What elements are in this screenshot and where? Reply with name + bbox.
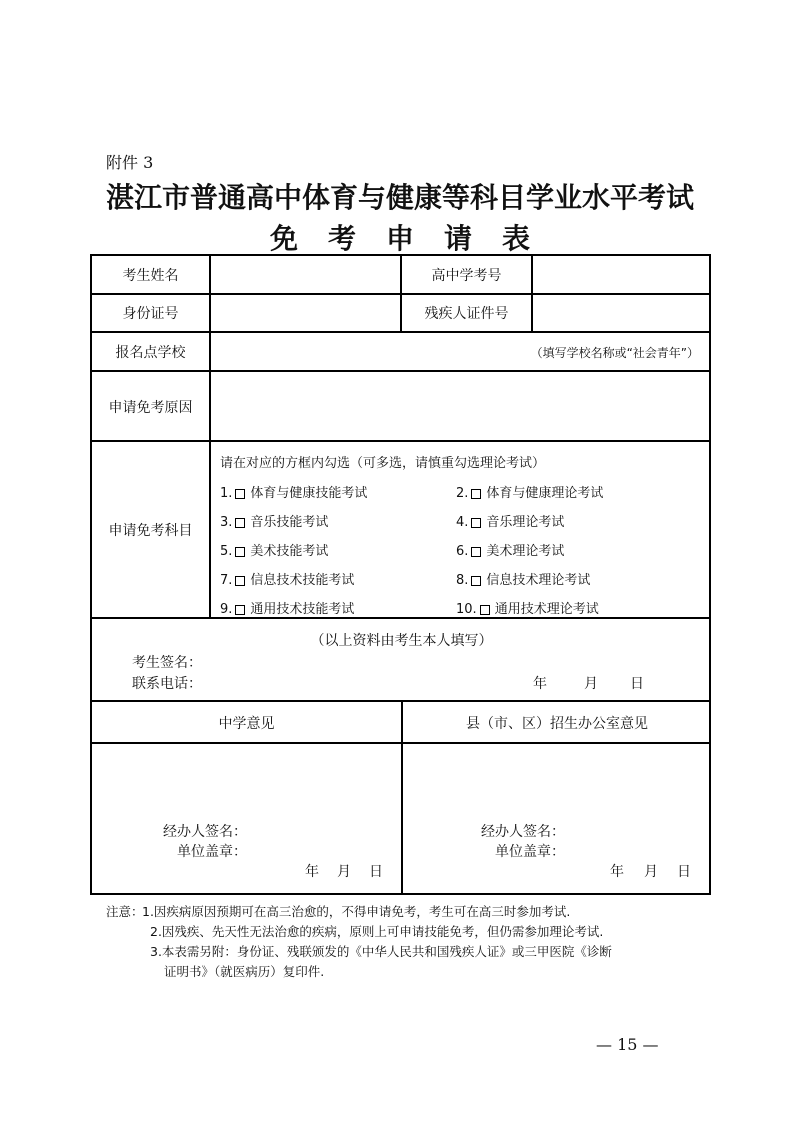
subject-name: 信息技术技能考试 [250, 573, 354, 588]
admission-office-opinion-header: 县（市、区）招生办公室意见 [403, 713, 711, 733]
subject-number: 3. [220, 515, 232, 530]
note-item-1: 1.因疾病原因预期可在高三治愈的，不得申请免考，考生可在高三时参加考试. [142, 902, 570, 920]
attachment-label: 附件 3 [106, 150, 153, 173]
disability-cert-number-field[interactable] [533, 295, 711, 331]
registration-school-hint: （填写学校名称或“社会青年”） [531, 344, 699, 361]
note-item-3: 3.本表需另附：身份证、残联颁发的《中华人民共和国残疾人证》或三甲医院《诊断 [150, 942, 612, 960]
right-handler-signature-label: 经办人签名： [481, 821, 565, 841]
student-exam-number-field[interactable] [533, 256, 711, 293]
student-name-field[interactable] [211, 256, 400, 293]
subject-number: 1. [220, 486, 232, 501]
subject-name: 通用技术技能考试 [250, 602, 354, 617]
subject-checkbox[interactable] [471, 547, 481, 557]
left-unit-seal-label: 单位盖章： [177, 841, 247, 861]
subject-option: 6.美术理论考试 [456, 540, 564, 559]
date-year: 年 [533, 673, 547, 693]
subject-name: 通用技术理论考试 [495, 602, 599, 617]
subject-number: 5. [220, 544, 232, 559]
subject-option: 2.体育与健康理论考试 [456, 482, 603, 501]
school-opinion-area[interactable] [92, 744, 401, 895]
subject-name: 音乐技能考试 [250, 515, 328, 530]
subject-option: 8.信息技术理论考试 [456, 569, 590, 588]
subject-checkbox[interactable] [235, 547, 245, 557]
left-date-month: 月 [337, 861, 351, 881]
subject-option: 7.信息技术技能考试 [220, 569, 354, 588]
subject-number: 10. [456, 602, 477, 617]
subject-option: 1.体育与健康技能考试 [220, 482, 367, 501]
subject-name: 美术理论考试 [486, 544, 564, 559]
label-disability-cert-number: 残疾人证件号 [402, 303, 531, 323]
note-item-3-continued: 证明书》（就医病历）复印件. [164, 962, 324, 980]
notes-prefix: 注意： [106, 902, 144, 920]
label-student-signature: 考生签名： [132, 652, 202, 672]
self-fill-note: （以上资料由考生本人填写） [92, 630, 711, 650]
subject-name: 体育与健康理论考试 [486, 486, 603, 501]
subject-name: 信息技术理论考试 [486, 573, 590, 588]
application-form-table: 考生姓名 高中学考号 身份证号 残疾人证件号 报名点学校 （填写学校名称或“社会… [90, 254, 711, 895]
subject-option: 10.通用技术理论考试 [456, 598, 599, 617]
subject-name: 美术技能考试 [250, 544, 328, 559]
left-date-year: 年 [305, 861, 319, 881]
subject-option: 3.音乐技能考试 [220, 511, 328, 530]
subject-option: 9.通用技术技能考试 [220, 598, 354, 617]
subject-name: 音乐理论考试 [486, 515, 564, 530]
right-date-month: 月 [644, 861, 658, 881]
label-exempt-subjects: 申请免考科目 [92, 520, 209, 540]
label-registration-school: 报名点学校 [92, 342, 209, 362]
date-month: 月 [584, 673, 598, 693]
subject-checkbox[interactable] [235, 576, 245, 586]
subject-checkbox[interactable] [471, 489, 481, 499]
subject-number: 4. [456, 515, 468, 530]
student-signature-field[interactable] [212, 650, 472, 670]
label-student-name: 考生姓名 [92, 265, 209, 285]
label-student-exam-number: 高中学考号 [402, 265, 531, 285]
subject-checkbox[interactable] [235, 605, 245, 615]
note-item-2: 2.因残疾、先天性无法治愈的疾病，原则上可申请技能免考，但仍需参加理论考试. [150, 922, 603, 940]
subject-name: 体育与健康技能考试 [250, 486, 367, 501]
subject-option: 4.音乐理论考试 [456, 511, 564, 530]
admission-office-opinion-area[interactable] [403, 744, 711, 895]
subjects-instruction: 请在对应的方框内勾选（可多选，请慎重勾选理论考试） [220, 452, 545, 471]
subject-checkbox[interactable] [471, 576, 481, 586]
label-exemption-reason: 申请免考原因 [92, 397, 209, 417]
id-number-field[interactable] [211, 295, 400, 331]
date-day: 日 [630, 673, 644, 693]
subject-number: 7. [220, 573, 232, 588]
contact-phone-field[interactable] [212, 671, 472, 691]
subject-checkbox[interactable] [235, 518, 245, 528]
left-date-day: 日 [369, 861, 383, 881]
subject-number: 8. [456, 573, 468, 588]
page-number: — 15 — [596, 1035, 659, 1054]
subject-number: 9. [220, 602, 232, 617]
exemption-reason-field[interactable] [211, 372, 711, 440]
right-date-year: 年 [610, 861, 624, 881]
document-title: 湛江市普通高中体育与健康等科目学业水平考试 [100, 176, 700, 216]
subject-number: 6. [456, 544, 468, 559]
school-opinion-header: 中学意见 [92, 713, 401, 733]
left-handler-signature-label: 经办人签名： [163, 821, 247, 841]
subject-number: 2. [456, 486, 468, 501]
row-divider [92, 440, 711, 442]
subject-option: 5.美术技能考试 [220, 540, 328, 559]
right-date-day: 日 [677, 861, 691, 881]
row-divider [92, 617, 711, 619]
right-unit-seal-label: 单位盖章： [495, 841, 565, 861]
document-subtitle: 免考申请表 [100, 217, 700, 257]
label-id-number: 身份证号 [92, 303, 209, 323]
subject-checkbox[interactable] [480, 605, 490, 615]
subject-checkbox[interactable] [235, 489, 245, 499]
subject-checkbox[interactable] [471, 518, 481, 528]
label-contact-phone: 联系电话： [132, 673, 202, 693]
